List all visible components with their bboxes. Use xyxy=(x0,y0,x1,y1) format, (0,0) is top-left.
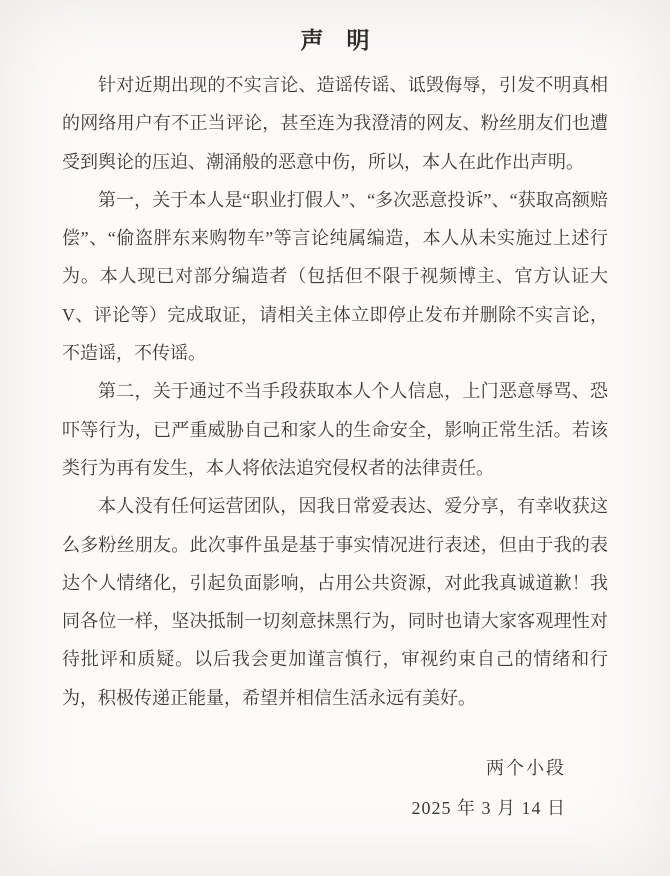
paragraph-second-point: 第二，关于通过不当手段获取本人个人信息，上门恶意辱骂、恐吓等行为，已严重威胁自己… xyxy=(62,372,608,487)
statement-body: 针对近期出现的不实言论、造谣传谣、诋毁侮辱，引发不明真相的网络用户有不正当评论，… xyxy=(62,66,608,717)
paragraph-first-point: 第一，关于本人是“职业打假人”、“多次恶意投诉”、“获取高额赔偿”、“偷盗胖东来… xyxy=(62,181,608,372)
signature-date: 2025 年 3 月 14 日 xyxy=(0,789,566,827)
paragraph-intro: 针对近期出现的不实言论、造谣传谣、诋毁侮辱，引发不明真相的网络用户有不正当评论，… xyxy=(62,66,608,181)
signature-name: 两个小段 xyxy=(0,749,566,787)
statement-document-page: 声 明 针对近期出现的不实言论、造谣传谣、诋毁侮辱，引发不明真相的网络用户有不正… xyxy=(0,0,670,876)
statement-title: 声 明 xyxy=(0,0,670,54)
paragraph-apology: 本人没有任何运营团队，因我日常爱表达、爱分享，有幸收获这么多粉丝朋友。此次事件虽… xyxy=(62,487,608,717)
signature-block: 两个小段 2025 年 3 月 14 日 xyxy=(0,749,670,827)
